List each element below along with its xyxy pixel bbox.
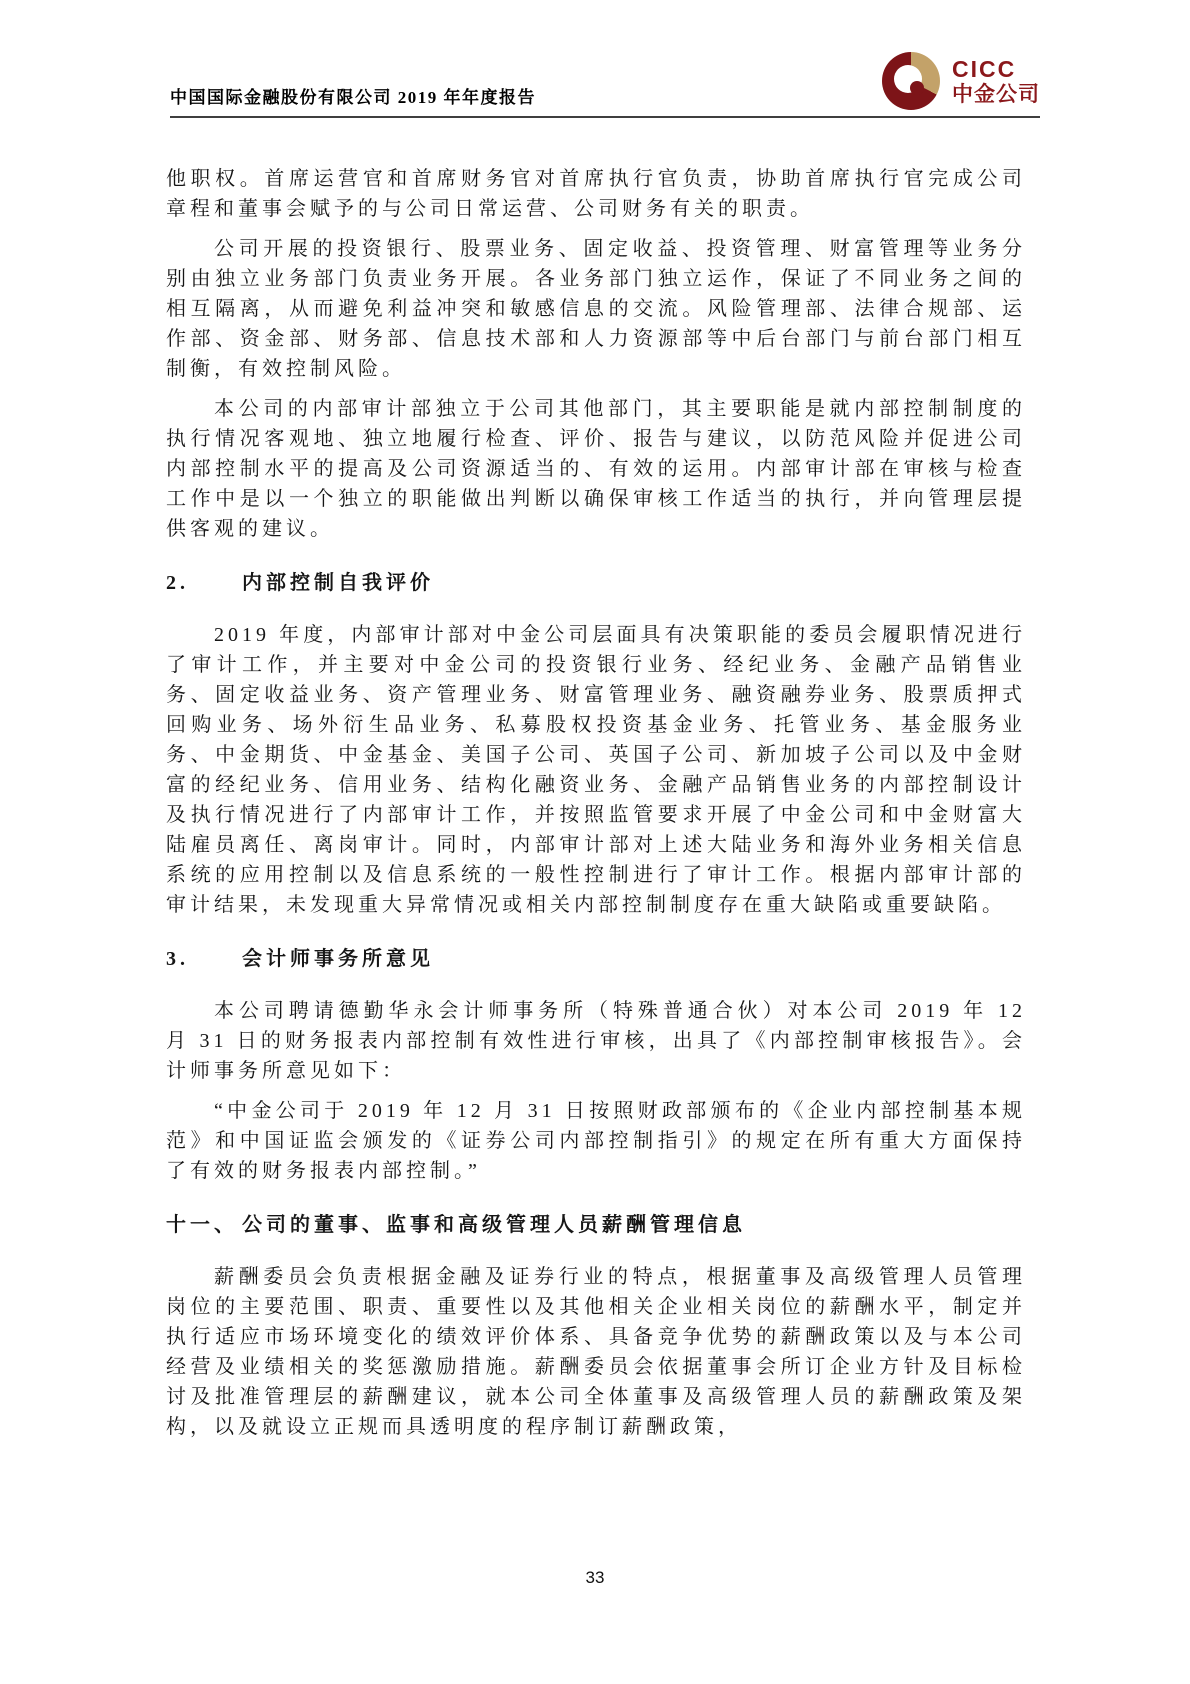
document-body: 他职权。首席运营官和首席财务官对首席执行官负责，协助首席执行官完成公司章程和董事… bbox=[166, 118, 1026, 1442]
section-heading-accountant-opinion: 3.会计师事务所意见 bbox=[166, 944, 1026, 974]
cicc-logo: CICC 中金公司 bbox=[882, 52, 1040, 110]
section-number: 3. bbox=[166, 944, 242, 974]
section-title: 公司的董事、监事和高级管理人员薪酬管理信息 bbox=[242, 1214, 746, 1236]
body-paragraph-2019-audit-scope: 2019 年度，内部审计部对中金公司层面具有决策职能的委员会履职情况进行了审计工… bbox=[166, 620, 1026, 920]
logo-text-latin: CICC bbox=[952, 58, 1040, 81]
body-paragraph-deloitte-engagement: 本公司聘请德勤华永会计师事务所（特殊普通合伙）对本公司 2019 年 12 月 … bbox=[166, 996, 1026, 1086]
section-title: 内部控制自我评价 bbox=[242, 572, 434, 594]
cicc-logo-icon bbox=[882, 52, 940, 110]
section-number: 十一、 bbox=[166, 1210, 242, 1240]
body-paragraph-internal-audit: 本公司的内部审计部独立于公司其他部门，其主要职能是就内部控制制度的执行情况客观地… bbox=[166, 394, 1026, 544]
body-paragraph-business-separation: 公司开展的投资银行、股票业务、固定收益、投资管理、财富管理等业务分别由独立业务部… bbox=[166, 234, 1026, 384]
section-heading-remuneration-info: 十一、公司的董事、监事和高级管理人员薪酬管理信息 bbox=[166, 1210, 1026, 1240]
body-paragraph-remuneration-committee: 薪酬委员会负责根据金融及证券行业的特点，根据董事及高级管理人员管理岗位的主要范围… bbox=[166, 1262, 1026, 1442]
section-number: 2. bbox=[166, 568, 242, 598]
section-title: 会计师事务所意见 bbox=[242, 948, 434, 970]
cicc-logo-wordmark: CICC 中金公司 bbox=[952, 58, 1040, 105]
page-header: 中国国际金融股份有限公司 2019 年年度报告 CICC 中金公司 bbox=[170, 0, 1040, 118]
page-number: 33 bbox=[0, 1568, 1190, 1588]
body-paragraph-auditor-quote: “中金公司于 2019 年 12 月 31 日按照财政部颁布的《企业内部控制基本… bbox=[166, 1096, 1026, 1186]
logo-text-chinese: 中金公司 bbox=[952, 84, 1040, 105]
section-heading-internal-control-self-eval: 2.内部控制自我评价 bbox=[166, 568, 1026, 598]
cicc-logo-dot bbox=[910, 81, 924, 95]
report-page: 中国国际金融股份有限公司 2019 年年度报告 CICC 中金公司 他职权。首席… bbox=[0, 0, 1190, 1684]
report-header-title: 中国国际金融股份有限公司 2019 年年度报告 bbox=[170, 83, 536, 110]
body-paragraph-continuation: 他职权。首席运营官和首席财务官对首席执行官负责，协助首席执行官完成公司章程和董事… bbox=[166, 164, 1026, 224]
